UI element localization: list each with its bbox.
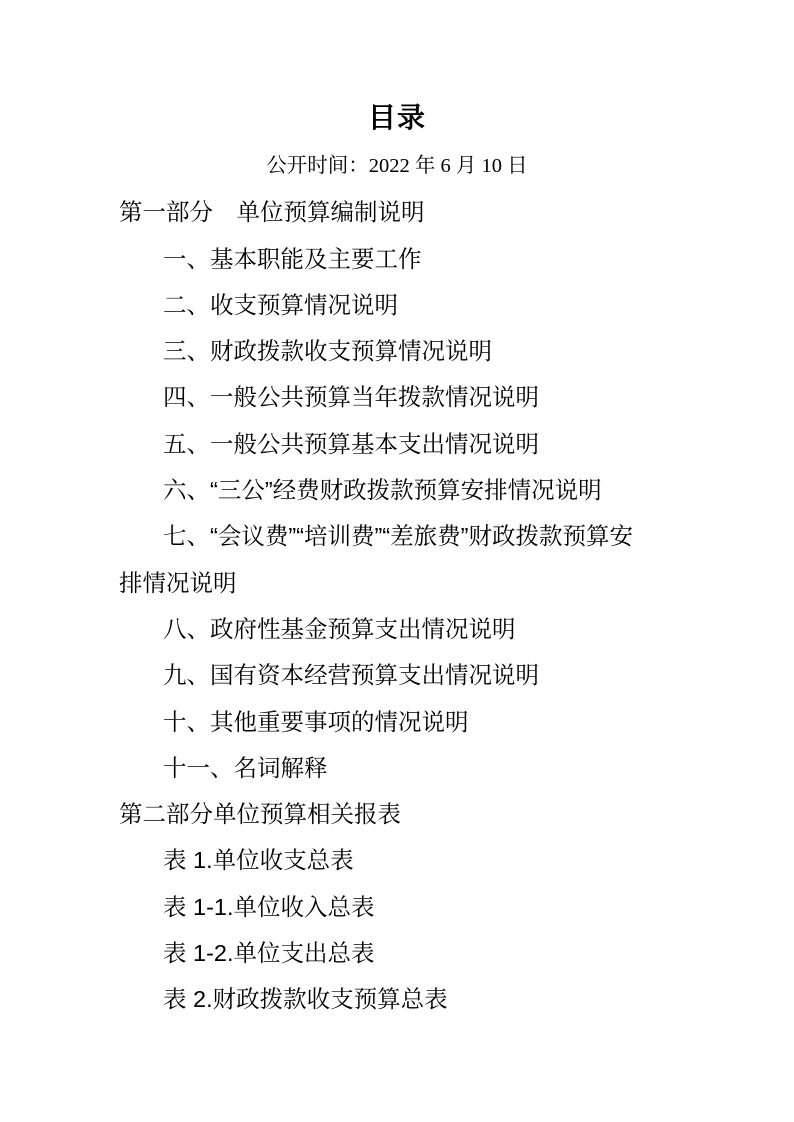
toc-table-item: 表 1.单位收支总表	[119, 837, 675, 883]
toc-item: 八、政府性基金预算支出情况说明	[119, 606, 675, 652]
document-page: 目录 公开时间：2022 年 6 月 10 日 第一部分 单位预算编制说明一、基…	[0, 0, 794, 1122]
toc-item: 十、其他重要事项的情况说明	[119, 699, 675, 745]
toc-item: 十一、名词解释	[119, 745, 675, 791]
toc-item: 一、基本职能及主要工作	[119, 236, 675, 282]
toc-table-item: 表 2.财政拨款收支预算总表	[119, 976, 675, 1022]
toc-list: 第一部分 单位预算编制说明一、基本职能及主要工作二、收支预算情况说明三、财政拨款…	[119, 189, 675, 1022]
publish-date: 公开时间：2022 年 6 月 10 日	[119, 143, 675, 189]
toc-item: 九、国有资本经营预算支出情况说明	[119, 652, 675, 698]
toc-item: 四、一般公共预算当年拨款情况说明	[119, 374, 675, 420]
toc-item: 六、“三公”经费财政拨款预算安排情况说明	[119, 467, 675, 513]
toc-item: 五、一般公共预算基本支出情况说明	[119, 421, 675, 467]
toc-item: 三、财政拨款收支预算情况说明	[119, 328, 675, 374]
page-title: 目录	[119, 93, 675, 143]
toc-table-item: 表 1-2.单位支出总表	[119, 930, 675, 976]
toc-item: 七、“会议费”“培训费”“差旅费”财政拨款预算安 排情况说明	[119, 513, 675, 606]
toc-item: 二、收支预算情况说明	[119, 282, 675, 328]
toc-part-heading: 第一部分 单位预算编制说明	[119, 189, 675, 235]
toc-part-heading: 第二部分单位预算相关报表	[119, 791, 675, 837]
toc-table-item: 表 1-1.单位收入总表	[119, 884, 675, 930]
